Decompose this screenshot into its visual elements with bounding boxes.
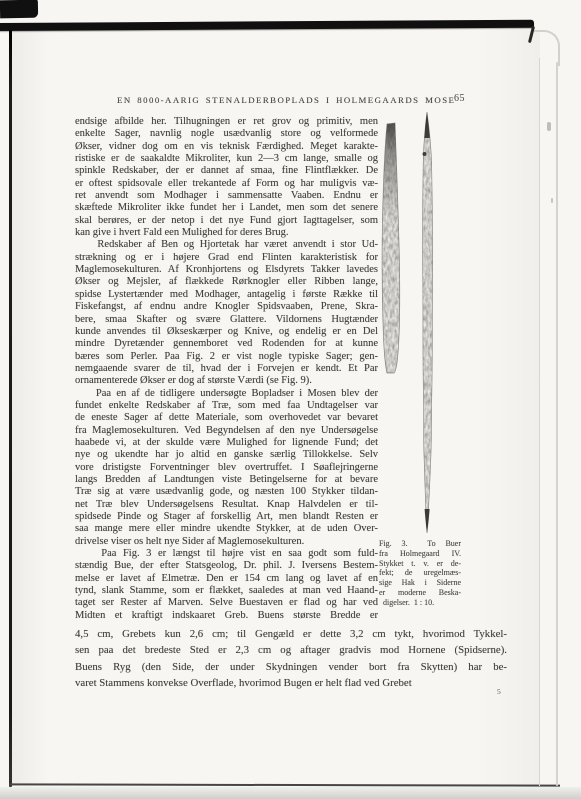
- text-line: mindre Dyretænder gennemboret ved Rodend…: [75, 338, 378, 350]
- text-line: 4,5 cm, Grebets kun 2,6 cm; til Gengæld …: [75, 626, 507, 642]
- scanned-book-page: EN 8000-AARIG STENALDERBOPLADS I HOLMEGA…: [0, 0, 581, 799]
- text-line: Redskaber af Ben og Hjortetak har været …: [75, 239, 378, 251]
- text-line: nye og ukendte har jo altid en ganske sæ…: [75, 449, 378, 461]
- body-narrow-column: endsige afbilde her. Tilhugningen er ret…: [75, 116, 378, 622]
- text-line: saa mange mere eller mindre ukendte Styk…: [75, 523, 378, 535]
- text-line: Træ sig at være usædvanlig gode, og næst…: [75, 486, 378, 498]
- text-line: ristiske er de saakaldte Mikroliter, kun…: [75, 153, 378, 165]
- text-line: Paa en af de tidligere undersøgte Boplad…: [75, 388, 378, 400]
- text-line: Midten et kraftigt indskaaret Greb. Buen…: [75, 610, 378, 622]
- text-line: strækning og er i højere Grad end Flinte…: [75, 252, 378, 264]
- text-line: spidsede Pinde og Stager af forskellig A…: [75, 511, 378, 523]
- text-line: Paa Fig. 3 er længst til højre vist en s…: [75, 548, 378, 560]
- figure-caption: Fig. 3. To Buerfra Holmegaard IV.Stykket…: [379, 539, 461, 608]
- caption-line: fra Holmegaard IV.: [379, 549, 461, 559]
- text-line: Fiskefangst, af endnu andre Knogler Spid…: [75, 301, 378, 313]
- caption-line: digelser. 1 : 10.: [379, 598, 461, 608]
- page-header-title: EN 8000-AARIG STENALDERBOPLADS I HOLMEGA…: [117, 95, 455, 105]
- text-line: skal berøres, er der netop i det nye Fun…: [75, 215, 378, 227]
- bow-left-photo: [382, 123, 400, 373]
- text-line: Økser, vidner dog om en vis teknisk Færd…: [75, 141, 378, 153]
- text-line: kunde anvendes til Økseskærper og Knive,…: [75, 326, 378, 338]
- text-line: fundet enkelte Redskaber af Træ, som med…: [75, 400, 378, 412]
- text-line: er oftest spidsovale eller trekantede af…: [75, 178, 378, 190]
- scan-artifact-right-edge-2: [556, 62, 558, 786]
- text-line: nemgaaende svarer de til, hvad der i For…: [75, 363, 378, 375]
- text-line: Økser og Mejsler, af flækkede Rørknogler…: [75, 276, 378, 288]
- scan-artifact-right-edge-1: [539, 58, 540, 786]
- text-line: net Træ blev Undersøgelsens Resultat. Kn…: [75, 499, 378, 511]
- text-line: fra Maglemosekulturen. Ved Begyndelsen a…: [75, 425, 378, 437]
- text-line: bæres som Perler. Paa Fig. 2 er vist nog…: [75, 351, 378, 363]
- scan-artifact-right-curve: [534, 30, 560, 66]
- page-number: 65: [454, 93, 465, 104]
- text-line: vore dristigste Forventninger blev overt…: [75, 462, 378, 474]
- text-line: tynd, slank Stamme, som er flækket, saal…: [75, 585, 378, 597]
- text-line: kan give i hvert Fald een Mulighed for d…: [75, 227, 378, 239]
- text-line: Buens Ryg (den Side, der under Skydninge…: [75, 659, 507, 675]
- bow-right-photo: [423, 112, 433, 533]
- text-line: skæftede Mikroliter ikke fundet her i La…: [75, 202, 378, 214]
- scan-artifact-corner-blob: [0, 0, 38, 18]
- text-line: sen paa det bredeste Sted er 2,3 cm og a…: [75, 642, 507, 658]
- scan-speck: [551, 198, 553, 203]
- text-line: haabede vi, at der skulde være Mulighed …: [75, 437, 378, 449]
- text-line: bere, smaa Skafter og svære Glattere. Vi…: [75, 314, 378, 326]
- scan-artifact-bottom-band: [0, 787, 581, 799]
- text-line: enkelte Sager, navnlig nogle usædvanlig …: [75, 128, 378, 140]
- caption-line: er moderne Beska-: [379, 588, 461, 598]
- text-line: endsige afbilde her. Tilhugningen er ret…: [75, 116, 378, 128]
- text-line: spinkle Redskaber, der er dannet af smaa…: [75, 165, 378, 177]
- body-wide-block: 4,5 cm, Grebets kun 2,6 cm; til Gengæld …: [75, 626, 507, 692]
- caption-line: Stykket t. v. er de-: [379, 559, 461, 569]
- text-line: ornamenterede Økser er dog af største Væ…: [75, 375, 378, 387]
- text-line: spidse Lystertænder med Modhager, antage…: [75, 289, 378, 301]
- text-line: stændig Bue, der efter Statsgeolog, Dr. …: [75, 560, 378, 572]
- scan-artifact-top-edge: [0, 20, 534, 31]
- text-line: drivelse viser os helt nye Sider af Magl…: [75, 536, 378, 548]
- caption-line: Fig. 3. To Buer: [379, 539, 461, 549]
- scan-speck: [547, 122, 551, 131]
- text-line: taget ser Rester af Marven. Selve Buesta…: [75, 597, 378, 609]
- caption-line: fekt; de uregelmæs-: [379, 568, 461, 578]
- text-line: de eneste Sager af dette Materiale, som …: [75, 412, 378, 424]
- text-line: Maglemosekulturen. Af Kronhjortens og El…: [75, 264, 378, 276]
- text-line: melse er lavet af Elmetræ. Den er 154 cm…: [75, 573, 378, 585]
- text-line: ret anvendt som Modhager i sammensatte V…: [75, 190, 378, 202]
- scan-artifact-left-edge: [9, 30, 12, 787]
- figure-bows-photo: [375, 105, 475, 545]
- signature-mark: 5: [497, 687, 501, 696]
- text-line: langs Bredden af Landtungen viste Beting…: [75, 474, 378, 486]
- caption-line: sige Hak i Siderne: [379, 578, 461, 588]
- text-line: varet Stammens konvekse Overflade, hvori…: [75, 675, 507, 691]
